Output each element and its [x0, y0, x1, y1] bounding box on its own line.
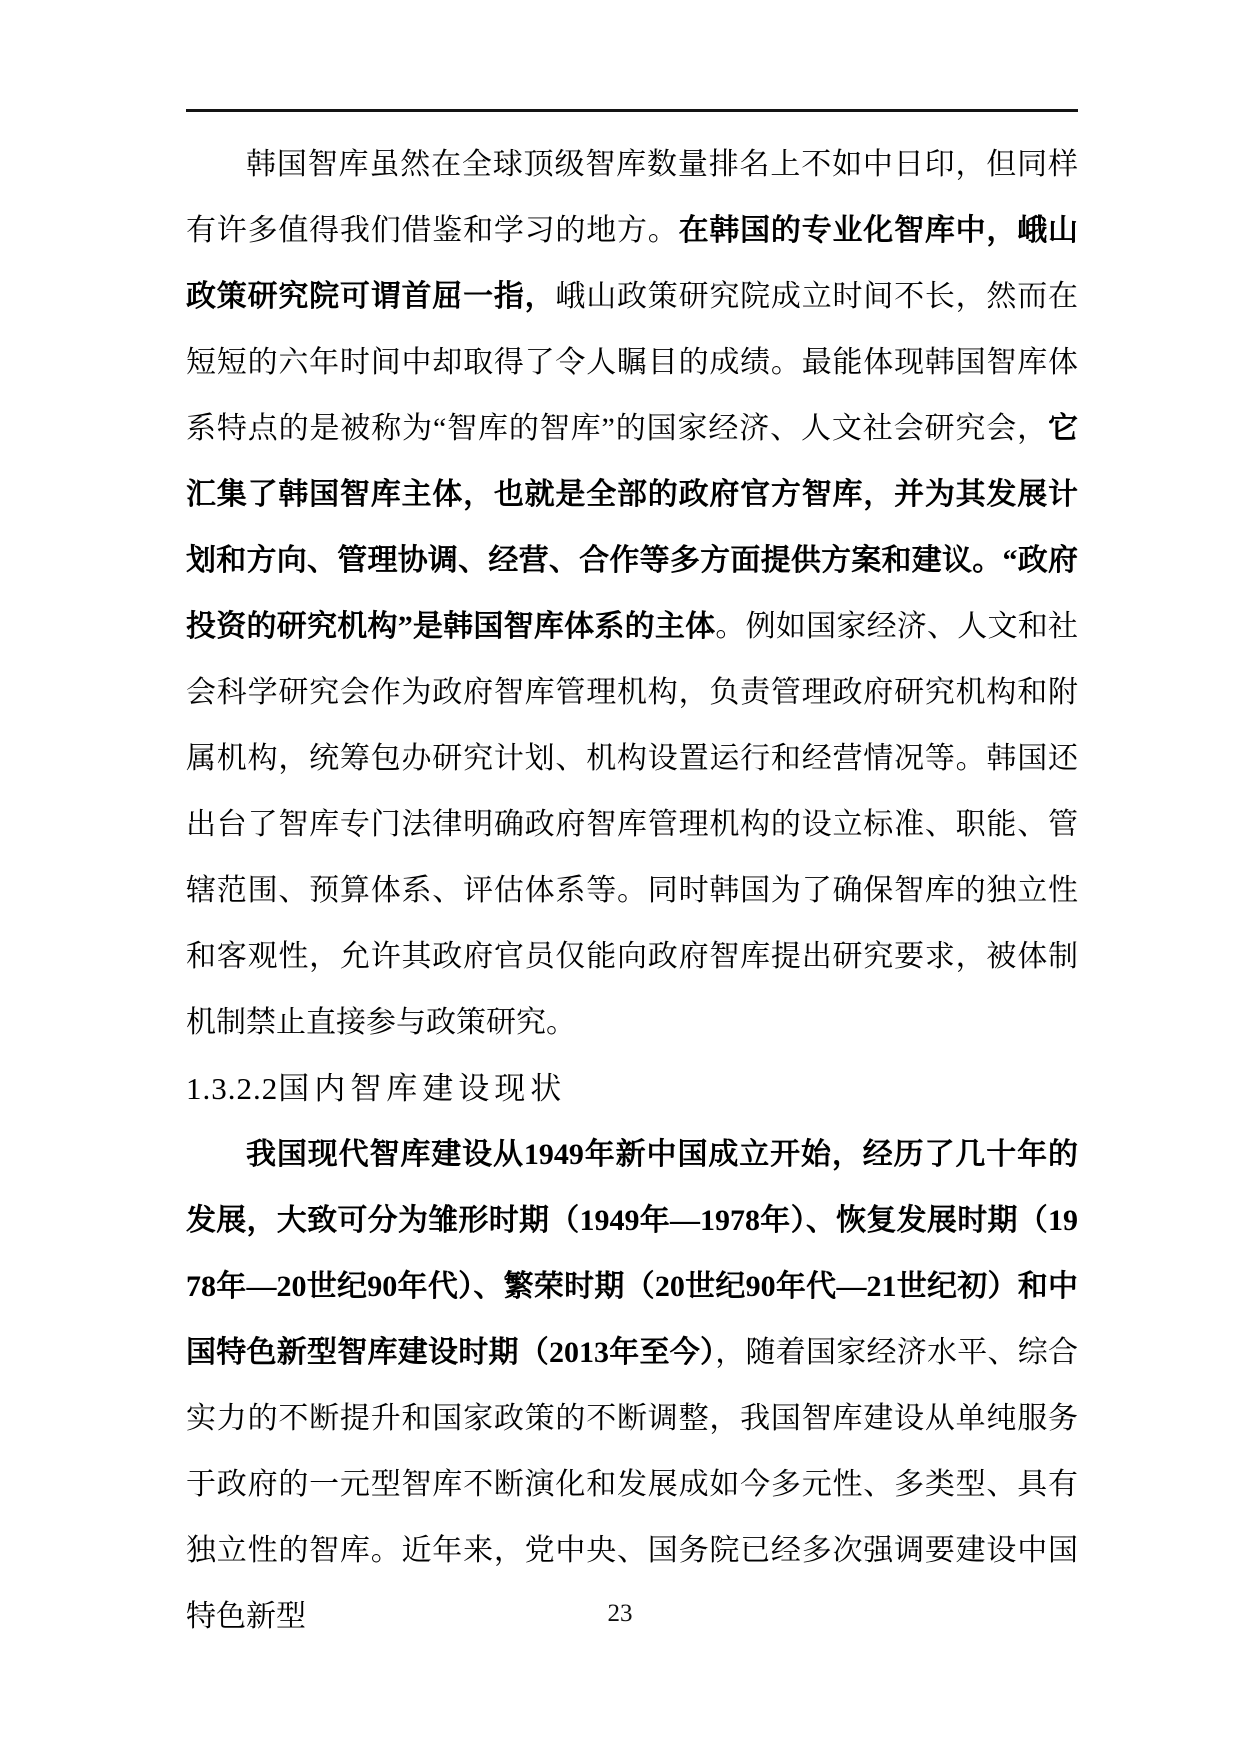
- page-number: 23: [608, 1600, 633, 1627]
- section-heading-title: 国内智库建设现状: [278, 1071, 566, 1107]
- section-heading: 1.3.2.2国内智库建设现状: [186, 1056, 1078, 1122]
- section-heading-number: 1.3.2.2: [186, 1071, 278, 1106]
- emphasis-text-run: 它汇集了韩国智库主体，也就是全部的政府官方智库，并为其发展计划和方向、管理协调、…: [186, 412, 1078, 643]
- emphasis-text-run: 我国现代智库建设从1949年新中国成立开始，经历了几十年的发展，大致可分为雏形时…: [186, 1138, 1078, 1369]
- body-text-run: 。例如国家经济、人文和社会科学研究会作为政府智库管理机构，负责管理政府研究机构和…: [186, 610, 1078, 1039]
- paragraph-domestic-thinktank: 我国现代智库建设从1949年新中国成立开始，经历了几十年的发展，大致可分为雏形时…: [186, 1122, 1078, 1650]
- page-footer: 23: [0, 1598, 1240, 1630]
- document-body: 韩国智库虽然在全球顶级智库数量排名上不如中日印，但同样有许多值得我们借鉴和学习的…: [186, 132, 1078, 1650]
- header-rule: [186, 109, 1078, 112]
- document-page: 韩国智库虽然在全球顶级智库数量排名上不如中日印，但同样有许多值得我们借鉴和学习的…: [0, 0, 1240, 1753]
- paragraph-korea-thinktank: 韩国智库虽然在全球顶级智库数量排名上不如中日印，但同样有许多值得我们借鉴和学习的…: [186, 132, 1078, 1056]
- body-text-run: ，随着国家经济水平、综合实力的不断提升和国家政策的不断调整，我国智库建设从单纯服…: [186, 1336, 1078, 1633]
